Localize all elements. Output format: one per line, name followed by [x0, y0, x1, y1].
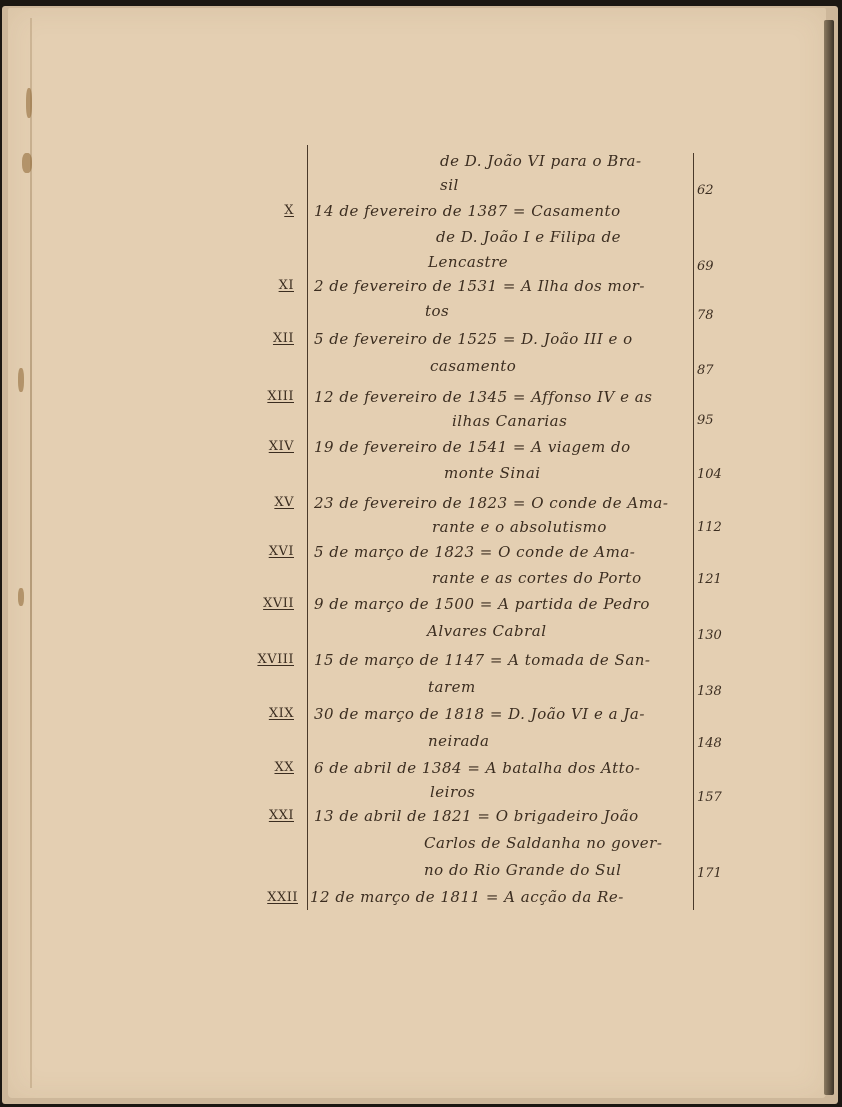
entry-text-line: no do Rio Grande do Sul	[424, 861, 621, 879]
chapter-numeral: XIV	[246, 439, 294, 454]
page-number: 171	[697, 866, 722, 881]
entry-text-line: leiros	[430, 783, 475, 801]
chapter-numeral: XXII	[250, 890, 298, 905]
entry-text-line: de D. João VI para o Bra-	[440, 152, 642, 170]
entry-text-line: 12 de fevereiro de 1345 = Affonso IV e a…	[314, 388, 652, 406]
entry-text-line: tarem	[428, 678, 476, 696]
chapter-numeral: XVII	[246, 596, 294, 611]
page-number: 87	[697, 363, 714, 378]
page-number: 138	[697, 684, 722, 699]
scanned-page: de D. João VI para o Bra- sil 62 X 14 de…	[0, 0, 842, 1107]
entry-text-line: 30 de março de 1818 = D. João VI e a Ja-	[314, 705, 645, 723]
page-number: 62	[697, 183, 714, 198]
chapter-numeral: XII	[246, 331, 294, 346]
entry-text-line: 5 de fevereiro de 1525 = D. João III e o	[314, 330, 633, 348]
entry-text-line: 6 de abril de 1384 = A batalha dos Atto-	[314, 759, 640, 777]
entry-text-line: 14 de fevereiro de 1387 = Casamento	[314, 202, 621, 220]
entry-text-line: Lencastre	[428, 253, 508, 271]
entry-text-line: Carlos de Saldanha no gover-	[424, 834, 662, 852]
entry-text-line: rante e o absolutismo	[432, 518, 607, 536]
entry-text-line: neirada	[428, 732, 490, 750]
page-number: 104	[697, 467, 722, 482]
chapter-numeral: XX	[246, 760, 294, 775]
entry-text-line: 13 de abril de 1821 = O brigadeiro João	[314, 807, 639, 825]
entry-text-line: 12 de março de 1811 = A acção da Re-	[310, 888, 624, 906]
entry-text-line: tos	[425, 302, 449, 320]
page-number: 78	[697, 308, 714, 323]
entry-text-line: Alvares Cabral	[427, 622, 547, 640]
page-number: 130	[697, 628, 722, 643]
chapter-numeral: XI	[246, 278, 294, 293]
page-number: 121	[697, 572, 722, 587]
entry-text-line: ilhas Canarias	[452, 412, 567, 430]
entry-text-line: sil	[440, 176, 459, 194]
index-entries: de D. João VI para o Bra- sil 62 X 14 de…	[0, 0, 842, 1107]
entry-text-line: de D. João I e Filipa de	[436, 228, 621, 246]
entry-text-line: 19 de fevereiro de 1541 = A viagem do	[314, 438, 631, 456]
chapter-numeral: XVIII	[246, 652, 294, 667]
page-number: 157	[697, 790, 722, 805]
entry-text-line: 9 de março de 1500 = A partida de Pedro	[314, 595, 650, 613]
page-number: 69	[697, 259, 714, 274]
chapter-numeral: XVI	[246, 544, 294, 559]
page-number: 148	[697, 736, 722, 751]
page-number: 112	[697, 520, 722, 535]
entry-text-line: 5 de março de 1823 = O conde de Ama-	[314, 543, 635, 561]
entry-text-line: 2 de fevereiro de 1531 = A Ilha dos mor-	[314, 277, 645, 295]
chapter-numeral: X	[246, 203, 294, 218]
page-number: 95	[697, 413, 714, 428]
entry-text-line: rante e as cortes do Porto	[432, 569, 642, 587]
entry-text-line: casamento	[430, 357, 516, 375]
chapter-numeral: XIII	[246, 389, 294, 404]
entry-text-line: 15 de março de 1147 = A tomada de San-	[314, 651, 651, 669]
entry-text-line: monte Sinai	[444, 464, 541, 482]
chapter-numeral: XXI	[246, 808, 294, 823]
chapter-numeral: XV	[246, 495, 294, 510]
entry-text-line: 23 de fevereiro de 1823 = O conde de Ama…	[314, 494, 668, 512]
chapter-numeral: XIX	[246, 706, 294, 721]
